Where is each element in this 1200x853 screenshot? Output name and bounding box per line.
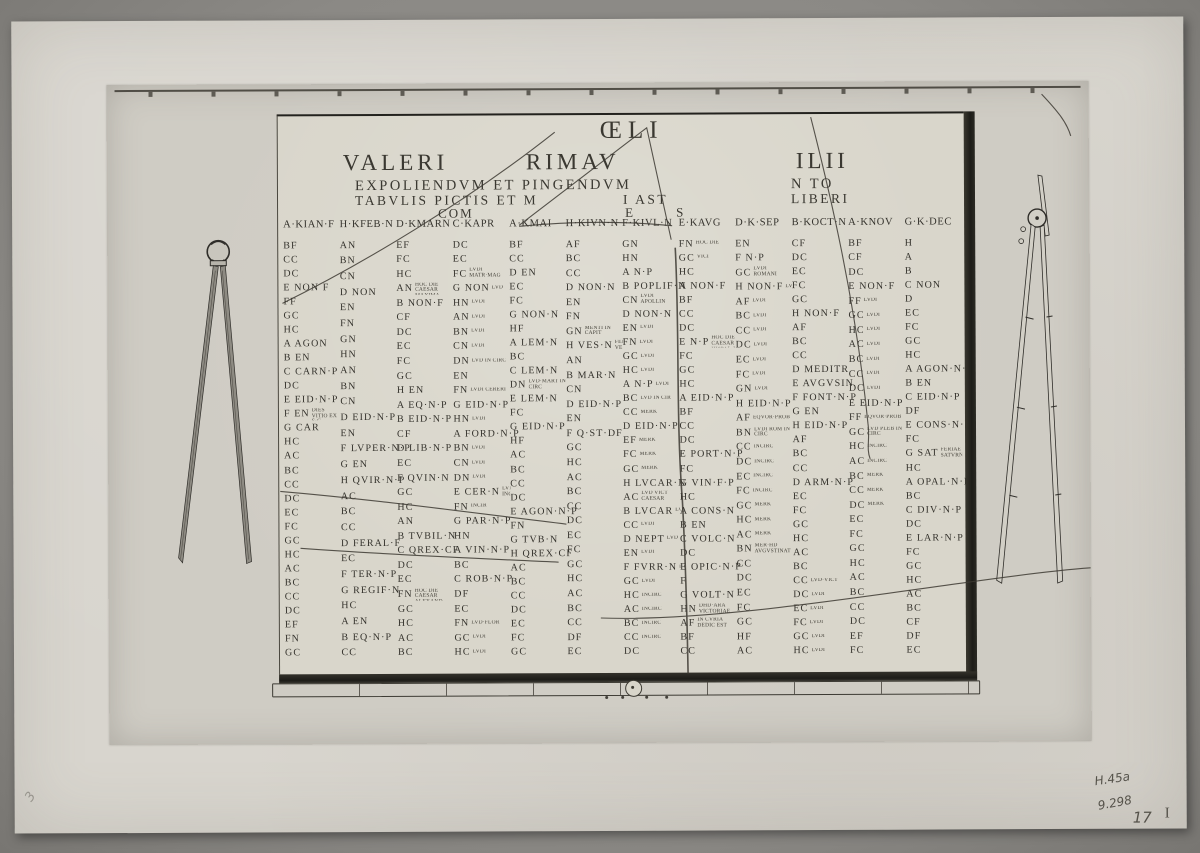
- day-letters: BC: [285, 577, 301, 588]
- day-note: LVDI: [472, 314, 485, 320]
- day-cell: G REGIF·N: [341, 584, 398, 596]
- day-letters: BC: [567, 603, 583, 614]
- day-cell: H EID·N·P: [792, 420, 849, 432]
- day-cell: AN: [397, 515, 454, 527]
- day-note: HOC DIE CAESAR ALEXAND RECEPIT: [415, 588, 455, 600]
- day-letters: GC: [624, 576, 640, 587]
- day-letters: FN: [340, 318, 355, 329]
- day-letters: DC: [848, 266, 864, 277]
- day-cell: EC: [793, 490, 850, 502]
- day-letters: CC: [509, 253, 525, 264]
- day-note: LVDI: [753, 328, 766, 334]
- day-letters: FC: [737, 602, 751, 613]
- day-list: BFCCD ENECFCG NON·NHFA LEM·NBCC LEM·NDNL…: [509, 238, 567, 658]
- day-cell: HF: [510, 435, 567, 447]
- day-cell: HN: [340, 349, 397, 361]
- day-cell: DC: [850, 615, 907, 627]
- day-letters: FC: [679, 351, 693, 362]
- day-note: LVDI: [867, 386, 880, 392]
- day-letters: GC: [906, 561, 922, 572]
- day-note: INCIRC: [642, 592, 662, 598]
- day-cell: E PORT·N·P: [680, 448, 737, 460]
- day-letters: CC: [567, 501, 583, 512]
- day-cell: G EN: [341, 459, 398, 471]
- day-cell: DF: [454, 588, 511, 600]
- day-cell: G TVB·N: [510, 533, 567, 545]
- day-letters: E AVGVSIN: [792, 378, 854, 389]
- day-cell: AF: [792, 321, 849, 333]
- day-note: LVDI CERERI: [470, 387, 506, 393]
- day-cell: A EQ·N·P: [397, 399, 454, 411]
- day-cell: FNLVDI: [623, 336, 680, 348]
- day-letters: CC: [510, 478, 526, 489]
- day-cell: FC: [397, 355, 454, 367]
- day-letters: CC: [792, 350, 808, 361]
- title-line2-right: ILII: [796, 148, 849, 174]
- day-letters: D LIB·N·P: [397, 443, 452, 454]
- day-cell: FC: [849, 528, 906, 540]
- day-note: MERK: [867, 487, 884, 493]
- day-letters: EC: [398, 574, 413, 585]
- day-cell: HCLVDI: [623, 364, 680, 376]
- day-cell: AC: [398, 632, 455, 644]
- day-letters: BC: [566, 253, 582, 264]
- day-cell: GC: [567, 442, 624, 454]
- day-letters: G EID·N·P: [453, 399, 509, 410]
- month-header: A·KNOV: [848, 217, 905, 237]
- day-letters: G EN: [341, 459, 369, 470]
- day-letters: HN: [680, 604, 697, 615]
- day-letters: AC: [510, 450, 526, 461]
- day-letters: G EID·N·P: [510, 421, 566, 432]
- day-cell: CC: [341, 647, 398, 659]
- day-cell: D NON·N: [566, 282, 623, 294]
- day-note: HOC DIE CAESAR MAXIMA FACT EST: [415, 282, 453, 294]
- day-cell: E CER·NLVD INCIR: [454, 486, 511, 498]
- day-cell: G SATFERIAE SATVRN: [906, 447, 963, 459]
- day-cell: BCLVD IN CIR: [623, 392, 680, 404]
- day-letters: FC: [736, 369, 750, 380]
- day-letters: HC: [850, 558, 866, 569]
- day-cell: H LVCAR·N: [623, 477, 680, 489]
- day-letters: CC: [567, 617, 583, 628]
- day-letters: DC: [510, 492, 526, 503]
- day-letters: CF: [848, 252, 862, 263]
- day-cell: FN: [510, 519, 567, 531]
- day-cell: E N·PHOC DIE CAESAR HISPAL·VIC: [679, 336, 736, 348]
- day-letters: EC: [509, 281, 524, 292]
- day-note: LVD·VICT: [811, 578, 838, 584]
- day-letters: GC: [793, 631, 809, 642]
- day-letters: CF: [792, 238, 806, 249]
- day-letters: HF: [510, 323, 525, 334]
- day-note: LVD IN CIR: [640, 395, 671, 401]
- day-letters: EC: [906, 645, 921, 656]
- day-letters: CC: [341, 647, 357, 658]
- day-cell: DC: [510, 491, 567, 503]
- day-letters: AF: [792, 322, 807, 333]
- day-cell: GCLVDI: [623, 350, 680, 362]
- day-cell: E OPIC·N·P: [680, 561, 737, 573]
- day-cell: CF: [792, 237, 849, 249]
- day-cell: A FORD·N·PLVD: [454, 428, 511, 440]
- day-letters: AC: [567, 472, 583, 483]
- day-cell: DNLVD·MART IN CIRC: [510, 379, 567, 391]
- day-cell: F LVPER·N·P: [341, 443, 398, 455]
- day-letters: FN: [453, 385, 468, 396]
- day-letters: CC: [736, 325, 752, 336]
- day-cell: AN: [340, 239, 397, 251]
- day-letters: AN: [340, 240, 357, 251]
- day-note: LVDI: [472, 475, 485, 481]
- day-letters: CC: [793, 575, 809, 586]
- day-cell: CN: [340, 396, 397, 408]
- day-letters: HN: [453, 414, 470, 425]
- day-letters: C NON: [905, 279, 941, 290]
- day-note: LVDI ROM IN CIRC: [754, 427, 792, 439]
- day-cell: D EID·N·P: [340, 411, 397, 423]
- day-letters: EC: [567, 530, 582, 541]
- day-note: LVDI: [641, 353, 654, 359]
- day-cell: FC: [793, 504, 850, 516]
- day-cell: ENLVDI: [624, 547, 681, 559]
- day-letters: D MEDITR: [792, 364, 849, 375]
- day-letters: FF: [849, 412, 862, 423]
- day-letters: CN: [566, 384, 582, 395]
- day-letters: CF: [906, 617, 920, 628]
- day-cell: BC: [793, 448, 850, 460]
- day-letters: CC: [849, 485, 865, 496]
- day-cell: CC: [567, 617, 624, 629]
- day-cell: CCINCIRC: [736, 441, 793, 453]
- day-cell: FC: [567, 544, 624, 556]
- day-cell: BNLVDI: [454, 442, 511, 454]
- day-letters: DC: [284, 493, 300, 504]
- day-letters: F: [680, 576, 687, 587]
- day-cell: GCMERK: [623, 463, 680, 475]
- day-note: LVD IN CIRC: [472, 358, 506, 364]
- day-letters: H LVCAR·N: [623, 477, 686, 488]
- day-letters: FC: [792, 280, 806, 291]
- day-cell: E NON·F: [848, 280, 905, 292]
- day-cell: DF: [567, 631, 624, 643]
- day-letters: BC: [906, 603, 922, 614]
- day-note: MERK: [754, 502, 771, 508]
- day-letters: F Q·ST·DF: [567, 428, 623, 439]
- day-letters: HC: [906, 575, 922, 586]
- day-letters: CC: [511, 590, 527, 601]
- day-cell: DCINCIRC: [736, 456, 793, 468]
- title-line2-mid: RIMAV: [526, 149, 620, 175]
- day-letters: FN: [285, 634, 300, 645]
- day-letters: AC: [736, 529, 752, 540]
- day-cell: AC: [284, 450, 341, 462]
- day-letters: H QVIR·N·P: [341, 475, 406, 486]
- day-letters: AC: [398, 632, 414, 643]
- day-cell: AFLVDI: [735, 295, 792, 307]
- day-cell: HC: [850, 557, 907, 569]
- day-letters: AN: [396, 283, 413, 294]
- day-letters: HC: [679, 379, 695, 390]
- day-letters: H EN: [397, 385, 425, 396]
- day-letters: GN: [566, 326, 583, 337]
- day-list: EFFCHCANHOC DIE CAESAR MAXIMA FACT ESTB …: [396, 239, 454, 659]
- tablet-right-edge: [964, 111, 977, 679]
- day-letters: AF: [566, 239, 581, 250]
- day-letters: EN: [735, 238, 751, 249]
- day-note: LVDI: [473, 649, 486, 655]
- day-cell: AC: [567, 587, 624, 599]
- day-cell: H NON·F: [792, 307, 849, 319]
- day-letters: A: [905, 251, 913, 262]
- day-cell: DC: [285, 605, 342, 617]
- day-cell: CCMERK: [849, 484, 906, 496]
- month-header: B·KOCT·N: [792, 217, 849, 237]
- day-cell: A EID·N·P: [679, 392, 736, 404]
- day-cell: HCLVDI: [849, 324, 906, 336]
- day-letters: GN: [340, 334, 357, 345]
- day-note: LVDI: [471, 344, 484, 350]
- month-column: D·KMARNEFFCHCANHOC DIE CAESAR MAXIMA FAC…: [396, 219, 454, 659]
- day-cell: EC: [454, 602, 511, 614]
- day-note: LVDI: [656, 381, 669, 387]
- day-cell: FN: [340, 317, 397, 329]
- day-letters: EC: [284, 507, 299, 518]
- day-cell: HC: [567, 456, 624, 468]
- day-letters: BN: [737, 544, 753, 555]
- day-letters: H: [905, 237, 913, 248]
- day-letters: AN: [566, 355, 583, 366]
- day-cell: C VOLC·N: [680, 533, 737, 545]
- day-cell: A N·PLVDI: [623, 378, 680, 390]
- day-letters: EC: [511, 619, 526, 630]
- plate-border-line: [115, 86, 1081, 97]
- day-note: LVD·MART IN CIRC: [528, 379, 566, 391]
- day-letters: EC: [341, 553, 356, 564]
- day-note: LVDI: [640, 339, 653, 345]
- day-letters: BC: [849, 354, 865, 365]
- day-cell: EFMERK: [623, 435, 680, 447]
- day-letters: A NON·F: [679, 280, 726, 291]
- day-letters: EN: [340, 302, 356, 313]
- day-letters: BC: [736, 311, 752, 322]
- day-letters: B EQ·N·P: [341, 632, 392, 643]
- day-cell: BNLVDI ROM IN CIRC: [736, 426, 793, 438]
- day-note: INCIRC: [642, 606, 662, 612]
- day-cell: FN: [566, 311, 623, 323]
- day-letters: D ARM·N·P: [793, 476, 854, 487]
- day-cell: ACMERK: [736, 528, 793, 540]
- day-letters: DC: [680, 435, 696, 446]
- day-cell: AC: [850, 572, 907, 584]
- day-letters: E LEM·N: [510, 393, 558, 404]
- day-list: ANBNCND NONENFNGNHNANBNCND EID·N·PENF LV…: [340, 239, 398, 659]
- pencil-code-2: 9.298: [1097, 793, 1133, 813]
- day-letters: GC: [849, 310, 865, 321]
- day-cell: HCMERK: [736, 514, 793, 526]
- day-letters: EF: [850, 631, 864, 642]
- day-note: LVDI: [641, 522, 654, 528]
- day-cell: FF: [283, 295, 340, 307]
- day-note: LVDI: [753, 357, 766, 363]
- day-letters: DC: [850, 616, 866, 627]
- day-cell: D ARM·N·P: [793, 476, 850, 488]
- day-letters: GC: [737, 616, 753, 627]
- day-cell: FC: [284, 520, 341, 532]
- ruler-rivet: [605, 696, 608, 699]
- day-letters: AC: [341, 491, 357, 502]
- day-letters: A VIN·N·P: [454, 545, 510, 556]
- day-letters: GC: [736, 500, 752, 511]
- day-cell: BC: [341, 506, 398, 518]
- day-cell: FC: [509, 294, 566, 306]
- day-cell: BC: [850, 586, 907, 598]
- ruler-rivet: [621, 696, 624, 699]
- day-letters: EF: [623, 435, 637, 446]
- day-letters: HF: [510, 436, 525, 447]
- day-letters: CC: [283, 254, 299, 265]
- day-cell: GCMERK: [736, 499, 793, 511]
- day-cell: DCLVDI: [736, 339, 793, 351]
- day-cell: BF: [509, 238, 566, 250]
- day-cell: CC: [737, 558, 794, 570]
- day-cell: HNDHD·ARA VICTORIAE: [680, 603, 737, 615]
- day-cell: F: [680, 575, 737, 587]
- day-cell: GC: [567, 558, 624, 570]
- day-cell: ECINCIRC: [736, 470, 793, 482]
- day-cell: CC: [511, 590, 568, 602]
- day-letters: C ROB·N·P: [454, 574, 513, 585]
- day-cell: CC: [566, 267, 623, 279]
- day-cell: FC: [906, 546, 963, 558]
- day-note: LVDI: [810, 606, 823, 612]
- month-header: D·K·SEP: [735, 217, 792, 237]
- day-cell: B EN: [680, 519, 737, 531]
- day-letters: DN: [453, 356, 470, 367]
- day-letters: BC: [623, 393, 639, 404]
- day-cell: EC: [453, 253, 510, 265]
- day-cell: CCLVD·VICT: [793, 574, 850, 586]
- day-cell: F QVIN·N: [397, 472, 454, 484]
- day-cell: FC: [511, 632, 568, 644]
- day-letters: DC: [679, 322, 695, 333]
- day-cell: B EN: [905, 377, 962, 389]
- day-letters: AC: [849, 339, 865, 350]
- day-letters: AC: [849, 456, 865, 467]
- day-cell: F ENDIES VITIO EX S·C: [284, 408, 341, 420]
- day-letters: E CER·N: [454, 486, 500, 497]
- day-cell: DCLVDI: [849, 382, 906, 394]
- day-letters: CC: [679, 308, 695, 319]
- day-letters: GC: [397, 370, 413, 381]
- day-cell: B MAR·N: [566, 369, 623, 381]
- day-letters: GC: [679, 252, 695, 263]
- month-column: A·KIAN·FBFCCDCE NON FFFGCHCA AGONB ENC C…: [283, 219, 341, 659]
- day-cell: AC: [737, 645, 794, 657]
- day-letters: HC: [454, 647, 470, 658]
- day-note: LVDI: [753, 313, 766, 319]
- day-letters: A OPAL·N·P: [906, 476, 971, 487]
- day-letters: DC: [736, 340, 752, 351]
- day-cell: HC: [398, 617, 455, 629]
- day-cell: CF: [397, 428, 454, 440]
- day-letters: E NON F: [283, 282, 329, 293]
- month-column: H·KIVN·NAFBCCCD NON·NENFNGNMENTI IN CAPI…: [566, 218, 624, 658]
- day-cell: G EN: [792, 406, 849, 418]
- day-cell: H QVIR·N·P: [341, 474, 398, 486]
- day-cell: E LEM·N: [510, 393, 567, 405]
- day-cell: HC: [285, 549, 342, 561]
- day-letters: GC: [793, 519, 809, 530]
- day-cell: AC: [285, 563, 342, 575]
- day-letters: DC: [398, 560, 414, 571]
- day-letters: G SAT: [906, 448, 939, 459]
- day-note: LVDI: [812, 648, 825, 654]
- day-cell: EF: [396, 239, 453, 251]
- day-cell: EC: [509, 280, 566, 292]
- month-column: A·KMAIBFCCD ENECFCG NON·NHFA LEM·NBCC LE…: [509, 218, 567, 658]
- day-note: LVDI: [810, 620, 823, 626]
- day-cell: HN: [454, 530, 511, 542]
- day-cell: EC: [511, 618, 568, 630]
- day-cell: HCLVDI: [454, 646, 511, 658]
- day-cell: E NON F: [283, 281, 340, 293]
- day-note: LVD: [492, 285, 503, 291]
- day-letters: A CONS·N: [680, 505, 735, 516]
- day-letters: CN: [454, 458, 470, 469]
- day-cell: HC: [906, 461, 963, 473]
- day-letters: GC: [623, 463, 639, 474]
- day-note: INCIRC: [867, 444, 887, 450]
- day-cell: GCLVDI: [454, 632, 511, 644]
- day-letters: H VES·N: [566, 340, 613, 351]
- day-cell: AF: [793, 434, 850, 446]
- day-cell: DC: [453, 238, 510, 250]
- day-cell: AN: [340, 364, 397, 376]
- day-cell: HN: [622, 252, 679, 264]
- day-cell: H EN: [397, 384, 454, 396]
- day-cell: FC: [906, 433, 963, 445]
- day-letters: B TVBIL·N: [397, 530, 456, 541]
- day-letters: BN: [340, 381, 356, 392]
- day-cell: EC: [906, 644, 963, 656]
- day-letters: AC: [567, 588, 583, 599]
- day-note: LVDI: [866, 356, 879, 362]
- day-letters: FN: [454, 501, 469, 512]
- day-note: LVDI: [752, 299, 765, 305]
- day-letters: DC: [397, 327, 413, 338]
- day-cell: CC: [285, 591, 342, 603]
- day-letters: FC: [509, 295, 523, 306]
- day-letters: EC: [736, 471, 751, 482]
- day-letters: CC: [679, 421, 695, 432]
- day-cell: D FERAL·F: [341, 537, 398, 549]
- day-letters: DC: [453, 239, 469, 250]
- day-letters: F EN: [284, 409, 310, 420]
- day-note: LVDI: [473, 635, 486, 641]
- day-cell: AC: [793, 546, 850, 558]
- day-letters: AC: [850, 572, 866, 583]
- day-cell: A OPAL·N·P: [906, 475, 963, 487]
- day-letters: GC: [792, 294, 808, 305]
- day-cell: BN: [340, 380, 397, 392]
- day-cell: FC: [737, 601, 794, 613]
- day-letters: AC: [511, 562, 527, 573]
- day-letters: DC: [284, 380, 300, 391]
- day-cell: EC: [737, 587, 794, 599]
- day-cell: EF: [850, 630, 907, 642]
- day-letters: D EID·N·P: [623, 421, 679, 432]
